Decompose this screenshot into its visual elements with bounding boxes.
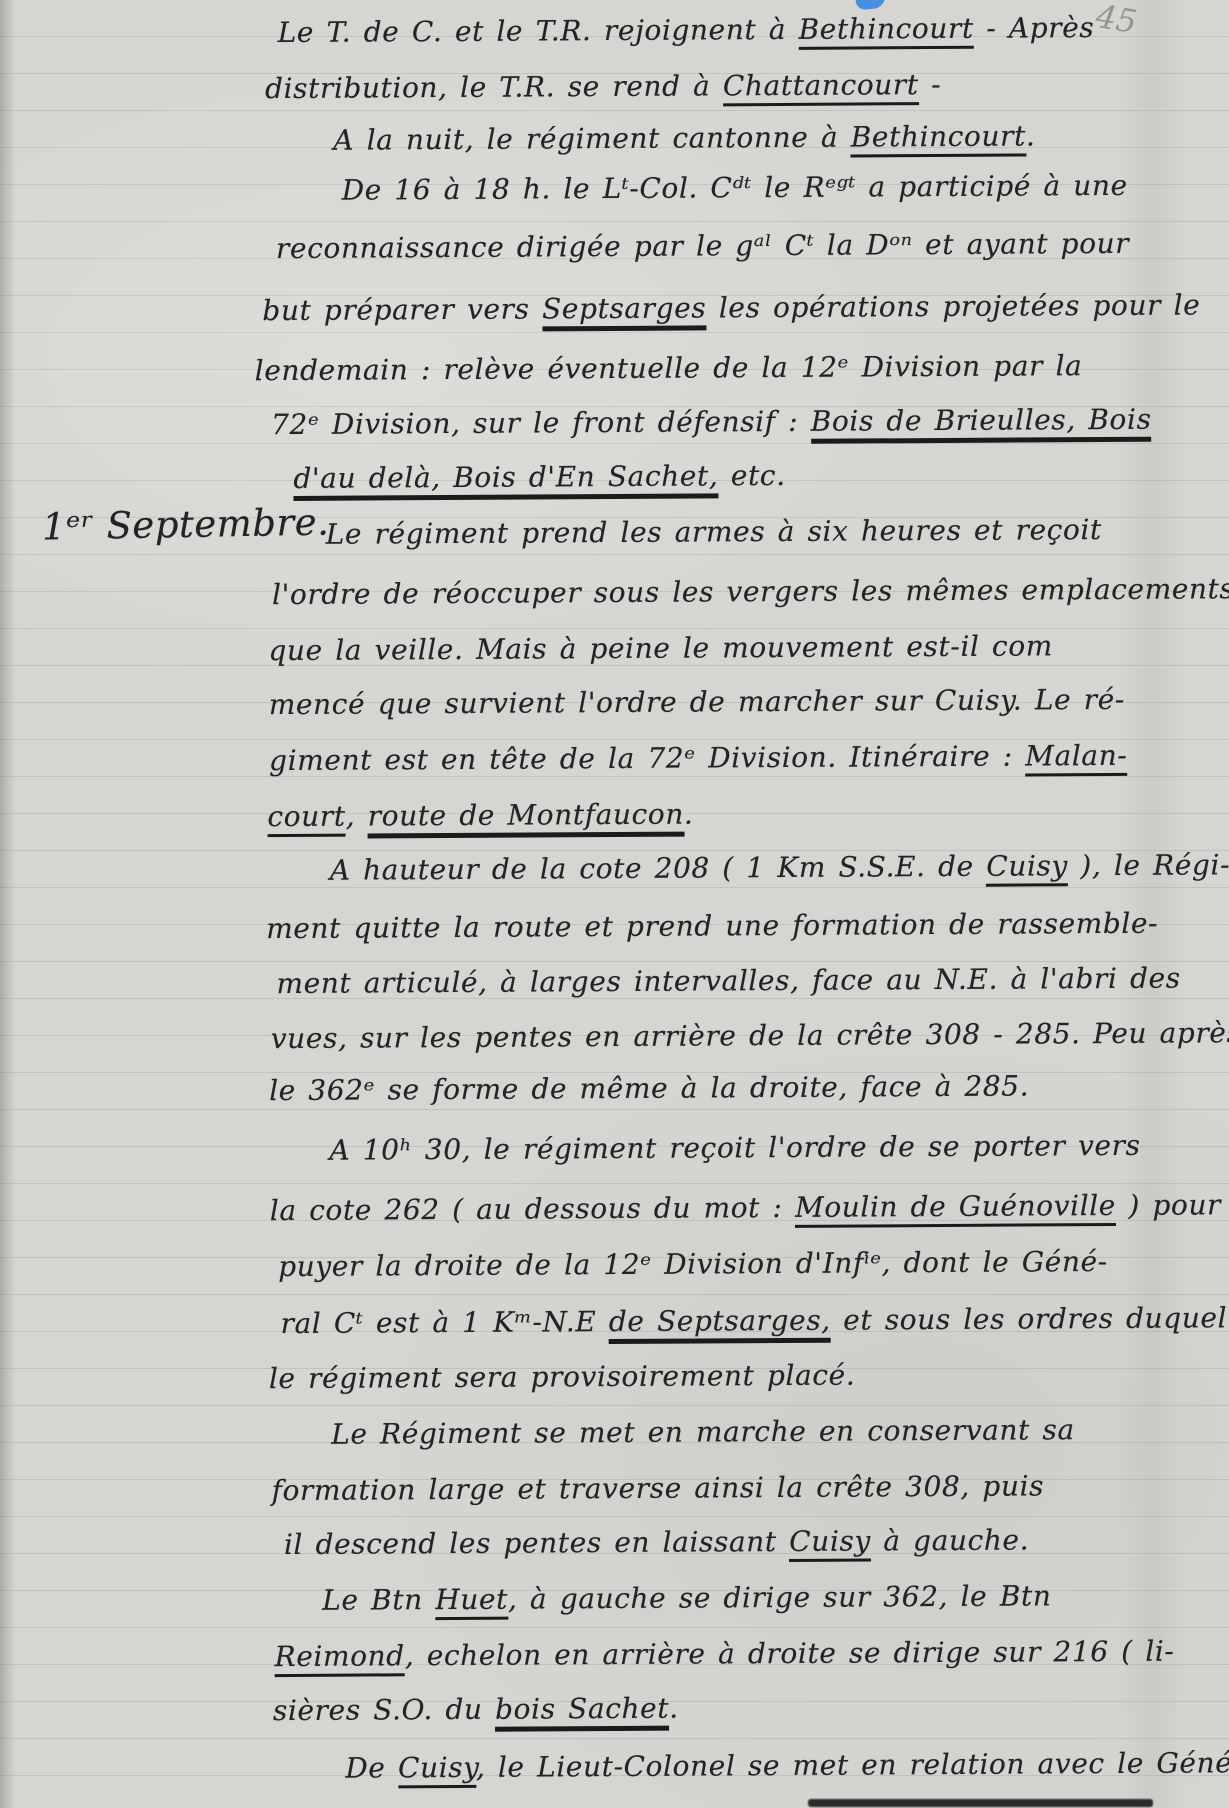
text-segment: etc. <box>718 459 786 492</box>
text-segment: vues, sur les pentes en arrière de la cr… <box>271 1016 1229 1055</box>
handwritten-line: il descend les pentes en laissant Cuisy … <box>284 1523 1029 1561</box>
text-segment: lendemain : relève éventuelle de la 12ᵉ … <box>255 349 1083 387</box>
text-segment: Le Régiment se met en marche en conserva… <box>331 1413 1075 1451</box>
text-segment: , <box>346 800 368 833</box>
handwritten-line: ment articulé, à larges intervalles, fac… <box>276 962 1180 1001</box>
underlined-place-name: Moulin de Guénoville <box>795 1189 1116 1228</box>
handwritten-line: Le Btn Huet, à gauche se dirige sur 362,… <box>322 1579 1051 1616</box>
text-segment: et sous les ordres duquel <box>831 1301 1228 1336</box>
underlined-place-name: Bethincourt <box>798 12 973 50</box>
journal-page: 45 1ᵉʳ Septembre. Le T. de C. et le T.R.… <box>0 0 1229 1808</box>
handwritten-line: sières S.O. du bois Sachet. <box>273 1692 679 1727</box>
underlined-place-name: Reimond <box>274 1639 404 1677</box>
text-segment: Le T. de C. et le T.R. rejoignent à <box>278 13 799 49</box>
handwritten-line: Reimond, echelon en arrière à droite se … <box>274 1635 1174 1673</box>
handwritten-line: Le Régiment se met en marche en conserva… <box>331 1413 1075 1451</box>
underlined-place-name: Chattancourt <box>723 68 919 106</box>
handwritten-line: giment est en tête de la 72ᵉ Division. I… <box>269 739 1127 777</box>
underlined-place-name: Malan- <box>1025 739 1127 777</box>
text-segment: que la veille. Mais à peine le mouvement… <box>268 629 1053 667</box>
handwritten-line: ment quitte la route et prend une format… <box>266 907 1158 945</box>
underlined-place-name: de Septsarges, <box>609 1304 831 1344</box>
handwritten-line: mencé que survient l'ordre de marcher su… <box>269 683 1125 721</box>
handwritten-line: A hauteur de la cote 208 ( 1 Km S.S.E. d… <box>330 848 1229 886</box>
handwritten-line: puyer la droite de la 12ᵉ Division d'Inf… <box>278 1245 1108 1283</box>
handwritten-line: Le régiment prend les armes à six heures… <box>326 513 1102 551</box>
handwritten-line: l'ordre de réoccuper sous les vergers le… <box>272 572 1229 611</box>
text-segment: la cote 262 ( au dessous du mot : <box>270 1191 795 1227</box>
text-segment: . <box>1026 119 1036 152</box>
text-segment: , le Lieut-Colonel se met en relation av… <box>476 1746 1229 1784</box>
text-segment: - <box>919 68 942 101</box>
handwritten-line: que la veille. Mais à peine le mouvement… <box>268 629 1053 667</box>
underlined-place-name: route de Montfaucon <box>368 798 685 839</box>
text-segment: le régiment sera provisoirement placé. <box>269 1359 856 1396</box>
handwritten-line: formation large et traverse ainsi la crê… <box>271 1469 1044 1507</box>
underlined-place-name: d'au delà, Bois d'En Sachet, <box>293 459 718 501</box>
underlined-place-name: Septsarges <box>542 291 706 331</box>
text-segment: ) pour ap <box>1116 1188 1229 1222</box>
text-segment: but préparer vers <box>262 292 542 327</box>
text-segment: Le Btn <box>322 1583 435 1617</box>
text-segment: sières S.O. du <box>273 1693 495 1727</box>
handwritten-line: ral Cᵗ est à 1 Kᵐ-N.E de Septsarges, et … <box>280 1301 1227 1340</box>
text-segment: distribution, le T.R. se rend à <box>265 69 723 105</box>
handwritten-line: Le T. de C. et le T.R. rejoignent à Beth… <box>278 11 1095 49</box>
handwritten-line: De Cuisy, le Lieut-Colonel se met en rel… <box>345 1746 1229 1785</box>
text-segment: ral Cᵗ est à 1 Kᵐ-N.E <box>280 1305 608 1340</box>
handwritten-line: vues, sur les pentes en arrière de la cr… <box>271 1016 1229 1055</box>
text-segment: ment quitte la route et prend une format… <box>266 907 1158 945</box>
underlined-place-name: bois Sachet <box>495 1692 669 1732</box>
text-segment: , echelon en arrière à droite se dirige … <box>405 1635 1175 1673</box>
handwritten-line: but préparer vers Septsarges les opérati… <box>262 288 1200 327</box>
underlined-place-name: Cuisy <box>398 1751 476 1788</box>
underlined-place-name: Cuisy <box>986 849 1068 886</box>
text-segment: formation large et traverse ainsi la crê… <box>271 1469 1044 1507</box>
text-segment: . <box>684 798 694 831</box>
text-segment: giment est en tête de la 72ᵉ Division. I… <box>269 739 1025 777</box>
handwritten-line: A 10ʰ 30, le régiment reçoit l'ordre de … <box>329 1129 1140 1167</box>
text-segment: les opérations projetées pour le <box>706 288 1200 324</box>
text-segment: A hauteur de la cote 208 ( 1 Km S.S.E. d… <box>330 850 987 887</box>
text-segment: A la nuit, le régiment cantonne à <box>333 121 851 157</box>
text-segment: puyer la droite de la 12ᵉ Division d'Inf… <box>278 1245 1108 1283</box>
text-segment: 72ᵉ Division, sur le front défensif : <box>271 405 811 441</box>
handwritten-text-block: Le T. de C. et le T.R. rejoignent à Beth… <box>0 0 1229 1808</box>
text-segment: reconnaissance dirigée par le gᵃˡ Cᵗ la … <box>276 227 1129 265</box>
text-segment: De <box>345 1751 398 1784</box>
underlined-place-name: Bethincourt <box>851 119 1026 157</box>
text-segment: - Après <box>974 11 1095 45</box>
handwritten-line: distribution, le T.R. se rend à Chattanc… <box>265 68 941 105</box>
bottom-cutoff-ink-mark <box>808 1799 1153 1807</box>
handwritten-line: court, route de Montfaucon. <box>267 798 693 834</box>
handwritten-line: reconnaissance dirigée par le gᵃˡ Cᵗ la … <box>276 227 1129 265</box>
text-segment: . <box>669 1692 679 1725</box>
handwritten-line: le régiment sera provisoirement placé. <box>269 1359 856 1396</box>
text-segment: ), le Régi- <box>1068 848 1229 882</box>
text-segment: il descend les pentes en laissant <box>284 1525 790 1561</box>
text-segment: à gauche. <box>871 1523 1030 1557</box>
handwritten-line: 72ᵉ Division, sur le front défensif : Bo… <box>271 403 1152 441</box>
handwritten-line: la cote 262 ( au dessous du mot : Moulin… <box>270 1188 1229 1227</box>
underlined-place-name: court <box>267 800 345 837</box>
handwritten-line: le 362ᵉ se forme de même à la droite, fa… <box>269 1069 1029 1107</box>
text-segment: mencé que survient l'ordre de marcher su… <box>269 683 1125 721</box>
underlined-place-name: Bois de Brieulles, Bois <box>811 403 1152 444</box>
handwritten-line: A la nuit, le régiment cantonne à Bethin… <box>333 119 1035 156</box>
text-segment: l'ordre de réoccuper sous les vergers le… <box>272 572 1229 611</box>
text-segment: Le régiment prend les armes à six heures… <box>326 513 1102 551</box>
text-segment: , à gauche se dirige sur 362, le Btn <box>508 1579 1052 1615</box>
underlined-place-name: Cuisy <box>789 1524 871 1561</box>
underlined-place-name: Huet <box>435 1583 508 1620</box>
text-segment: De 16 à 18 h. le Lᵗ-Col. Cᵈᵗ le Rᵉᵍᵗ a p… <box>342 169 1128 207</box>
handwritten-line: De 16 à 18 h. le Lᵗ-Col. Cᵈᵗ le Rᵉᵍᵗ a p… <box>342 169 1128 207</box>
handwritten-line: lendemain : relève éventuelle de la 12ᵉ … <box>255 349 1083 387</box>
text-segment: le 362ᵉ se forme de même à la droite, fa… <box>269 1069 1029 1107</box>
text-segment: A 10ʰ 30, le régiment reçoit l'ordre de … <box>329 1129 1140 1167</box>
handwritten-line: d'au delà, Bois d'En Sachet, etc. <box>293 459 785 495</box>
text-segment: ment articulé, à larges intervalles, fac… <box>276 962 1180 1001</box>
